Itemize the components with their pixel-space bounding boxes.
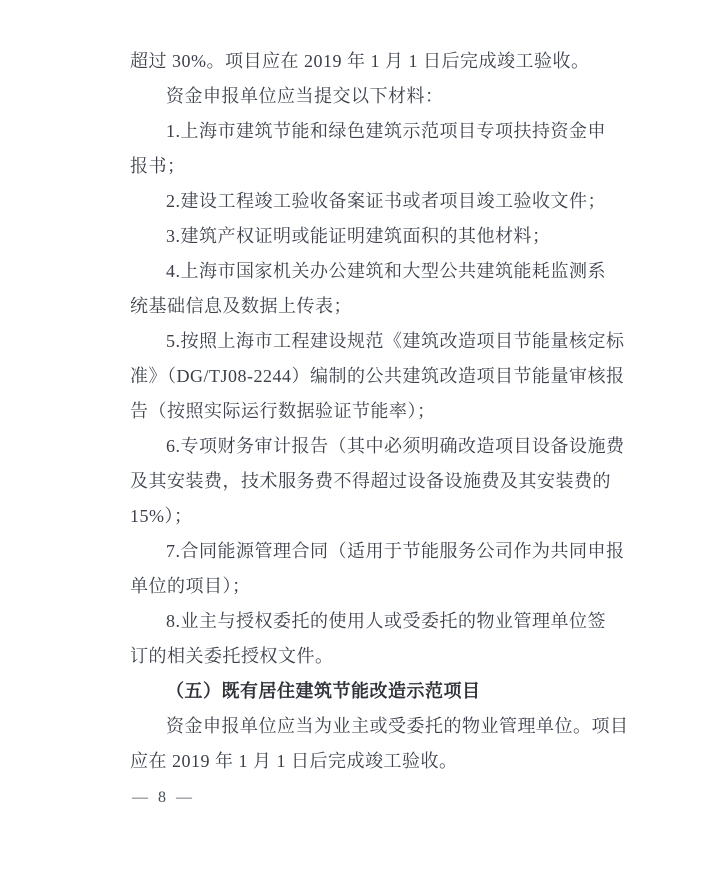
text-line: 告（按照实际运行数据验证节能率）； <box>130 394 606 429</box>
list-item-8: 8.业主与授权委托的使用人或受委托的物业管理单位签 订的相关委托授权文件。 <box>130 604 606 674</box>
list-item-6: 6.专项财务审计报告（其中必须明确改造项目设备设施费 及其安装费，技术服务费不得… <box>130 429 606 534</box>
text-line: 准》（DG/TJ08-2244）编制的公共建筑改造项目节能量审核报 <box>130 359 606 394</box>
text-line: 资金申报单位应当提交以下材料： <box>130 79 606 114</box>
text-line: 3.建筑产权证明或能证明建筑面积的其他材料； <box>130 219 606 254</box>
page-number: — 8 — <box>132 786 195 810</box>
list-item-7: 7.合同能源管理合同（适用于节能服务公司作为共同申报 单位的项目）； <box>130 534 606 604</box>
text-line: 订的相关委托授权文件。 <box>130 639 606 674</box>
list-item-1: 1.上海市建筑节能和绿色建筑示范项目专项扶持资金申 报书； <box>130 114 606 184</box>
list-item-5: 5.按照上海市工程建设规范《建筑改造项目节能量核定标 准》（DG/TJ08-22… <box>130 324 606 429</box>
list-item-2: 2.建设工程竣工验收备案证书或者项目竣工验收文件； <box>130 184 606 219</box>
text-line: 单位的项目）； <box>130 569 606 604</box>
text-line: 2.建设工程竣工验收备案证书或者项目竣工验收文件； <box>130 184 606 219</box>
scanned-document-page: 超过 30%。项目应在 2019 年 1 月 1 日后完成竣工验收。 资金申报单… <box>0 0 716 870</box>
text-line: 5.按照上海市工程建设规范《建筑改造项目节能量核定标 <box>130 324 606 359</box>
text-line: 4.上海市国家机关办公建筑和大型公共建筑能耗监测系 <box>130 254 606 289</box>
list-item-3: 3.建筑产权证明或能证明建筑面积的其他材料； <box>130 219 606 254</box>
text-line: 超过 30%。项目应在 2019 年 1 月 1 日后完成竣工验收。 <box>130 44 606 79</box>
text-line: 7.合同能源管理合同（适用于节能服务公司作为共同申报 <box>130 534 606 569</box>
paragraph-section5-body: 资金申报单位应当为业主或受委托的物业管理单位。项目 应在 2019 年 1 月 … <box>130 709 606 779</box>
text-line: 统基础信息及数据上传表； <box>130 289 606 324</box>
text-line: 应在 2019 年 1 月 1 日后完成竣工验收。 <box>130 744 606 779</box>
paragraph-materials-intro: 资金申报单位应当提交以下材料： <box>130 79 606 114</box>
document-body: 超过 30%。项目应在 2019 年 1 月 1 日后完成竣工验收。 资金申报单… <box>130 44 606 779</box>
text-line: 8.业主与授权委托的使用人或受委托的物业管理单位签 <box>130 604 606 639</box>
text-line: 报书； <box>130 149 606 184</box>
section-heading-5: （五）既有居住建筑节能改造示范项目 <box>130 674 606 709</box>
text-line: （五）既有居住建筑节能改造示范项目 <box>130 674 606 709</box>
paragraph-completion-deadline: 超过 30%。项目应在 2019 年 1 月 1 日后完成竣工验收。 <box>130 44 606 79</box>
text-line: 及其安装费，技术服务费不得超过设备设施费及其安装费的 <box>130 464 606 499</box>
text-line: 1.上海市建筑节能和绿色建筑示范项目专项扶持资金申 <box>130 114 606 149</box>
text-line: 资金申报单位应当为业主或受委托的物业管理单位。项目 <box>130 709 606 744</box>
text-line: 6.专项财务审计报告（其中必须明确改造项目设备设施费 <box>130 429 606 464</box>
list-item-4: 4.上海市国家机关办公建筑和大型公共建筑能耗监测系 统基础信息及数据上传表； <box>130 254 606 324</box>
text-line: 15%）； <box>130 499 606 534</box>
